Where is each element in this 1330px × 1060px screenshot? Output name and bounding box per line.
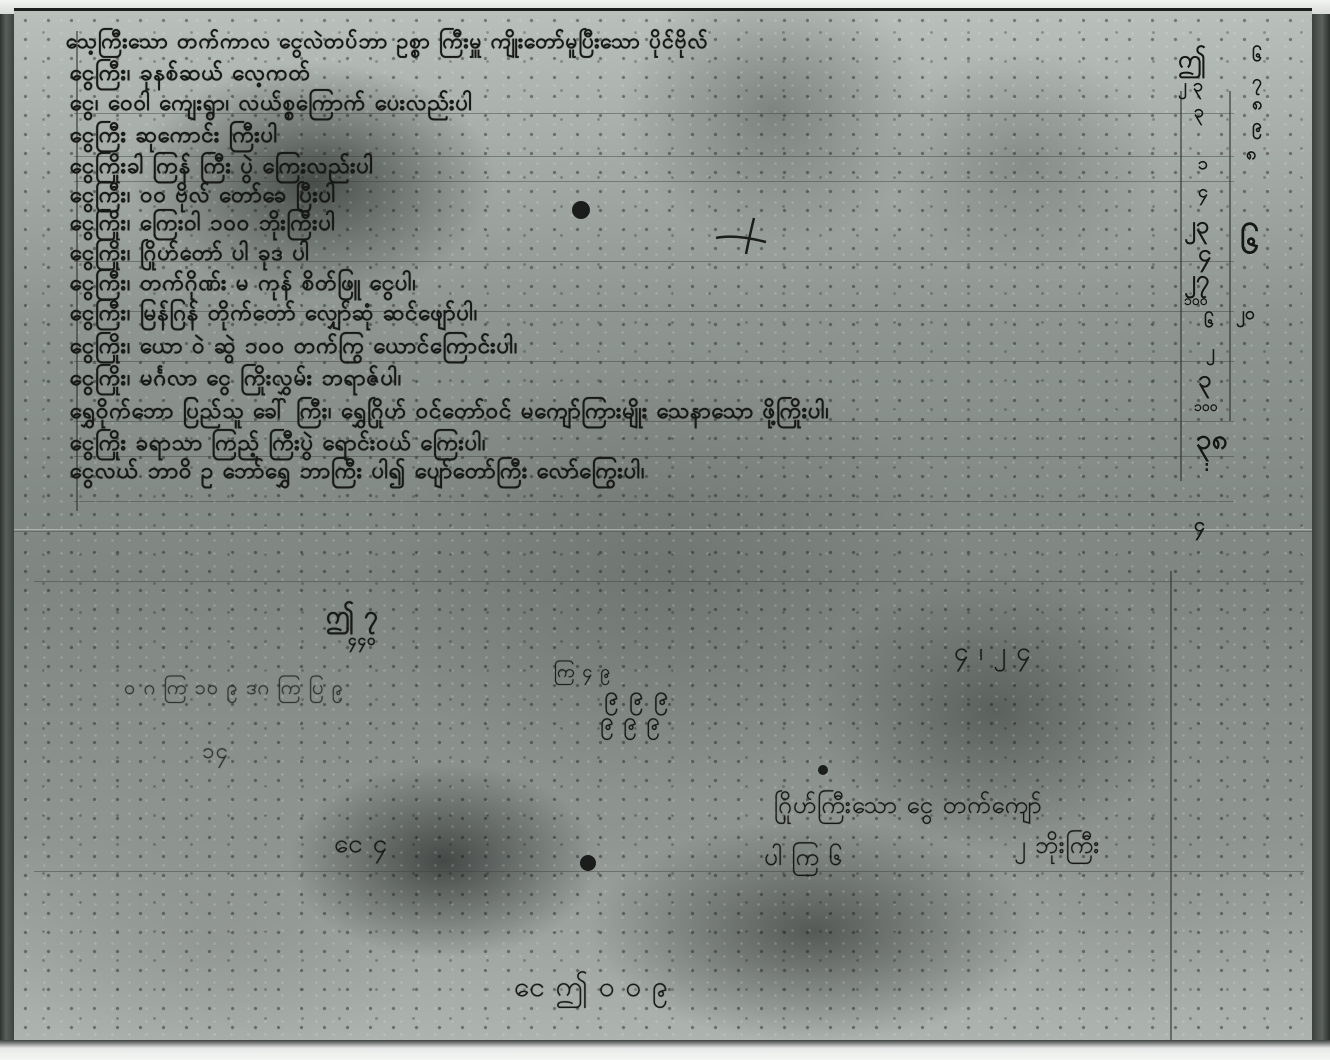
manuscript-line: ငွေကြီး၊ ဝဝ ဗိုလ် တော်ခေ ပြီးပါ [70,185,336,207]
right-column-line [1180,91,1182,481]
margin-numeral: ၄ [1198,179,1208,206]
lower-annotation: ပါ ကြ ၆ [764,845,843,869]
ruled-line [34,871,1304,872]
margin-numeral: ၃ [1194,99,1204,126]
manuscript-line: ငွေကြိုး၊ ယော ဝဲ ဆွဲ ၁၀၀ တက်ကြွ ယောင်ကြေ… [70,336,518,358]
ruled-line [74,361,1234,362]
manuscript-line: ရွှေဝိုက်ဘော ပြည်သူ ခေါ် ကြီး၊ ရွှေဂြိုဟ… [70,401,830,423]
fold-crease [14,529,1312,532]
margin-numeral: ၂၀ [1236,301,1255,328]
lower-annotation: ၄၄၀ [348,633,376,648]
manuscript-line: ငွေ၊ ဝေဝါ ကျေးရွာ၊ လယ်စ္စကြောက် ပေးလည်းပ… [70,93,473,115]
manuscript-line: ငွေကြီး၊ မြန်ဂြန် တိုက်တော် လျှော်ဆုံ ဆင… [70,303,478,325]
margin-numeral: ၈ [1246,141,1256,168]
margin-numeral: ၃၈ [1196,421,1228,463]
margin-numeral: ၆ [1240,219,1259,270]
lower-annotation: ကြ ၄ ၉ [554,663,611,681]
margin-numeral: ၂ [1206,339,1215,366]
margin-numeral: ၁၀၀ [1194,397,1218,418]
ruled-line [34,581,1304,582]
margin-numeral: ၂ ၃ [1178,73,1203,100]
lower-annotation: ငေ ဤ ဝ ဝ ၉ [514,973,669,1001]
margin-numeral: ၄ [1194,511,1205,541]
ruled-line [74,501,1234,502]
bottom-edge-glare [0,1040,1330,1060]
manuscript-line: သေ့ကြီးသော တက်ကာလ ငွေလဲတပ်ဘာ ဥစ္စာ ကြီးမ… [66,31,708,52]
lower-annotation: ၂ ဘိုးကြီး [1014,833,1100,857]
manuscript-line: ငွေကြိုး၊ ကြေးဝါ ၁၀၀ ဘိုးကြီးပါ [70,213,336,235]
manuscript-line: ငွေကြီး၊ ခုနစ်ဆယ် လေ့ကတ် [70,63,311,85]
manuscript-sheet: သေ့ကြီးသော တက်ကာလ ငွေလဲတပ်ဘာ ဥစ္စာ ကြီးမ… [14,8,1312,1043]
lower-annotation: ၄ ၊ ၂ ၄ [954,639,1032,665]
lower-annotation: ငေ ၄ [334,831,388,857]
manuscript-line: ငွေကြီး၊ တက်ဂိုဏ်း မ ကုန် စိတ်ဖြူ ငွေပါ၊ [70,273,417,295]
ink-blot [572,201,590,219]
cross-mark-icon [714,216,774,256]
manuscript-line: ငွေကြိုးခါ ကြန် ကြီး ပွဲ ကြေးလည်းပါ [70,156,374,178]
lower-annotation: ဂြိုဟ်ကြီးသော ငွေ တက်ကျော် [774,793,1043,817]
margin-numeral: ၆ [1252,43,1262,70]
lower-annotation: ၁၄ [202,741,229,763]
faint-annotation: ဝ ဂ ကြ ၁၀ ၉ ဒဂ ကြ ပြ ၉ [124,677,344,697]
ruled-line [74,181,1234,182]
manuscript-line: ငွေကြီး ဆုကောင်း ကြီးပါ [70,125,278,147]
ink-blot [818,765,828,775]
lower-annotation: ဤ ၇ [326,603,379,627]
ink-blot [580,855,596,871]
lower-annotation: ၉ ၉ ၉ [600,709,661,733]
margin-numeral: ၆ [1204,309,1214,336]
manuscript-line: ငွေကြိုး ခရာသာ ကြည့် ကြီးပွဲ ရောင်းဝယ် က… [70,433,487,455]
manuscript-line: ငွေလယ် ဘာဝိ ဥ ဘော်ရွှေ ဘာကြီး ပါ၍ ပျော်တ… [70,461,646,483]
margin-numeral: : [1204,459,1210,475]
margin-numeral: ၉ [1252,113,1262,140]
manuscript-line: ငွေကြိုး၊ မင်္ဂလာ ငွေ ကြိုးလွှမ်း ဘရာဇ်ပ… [70,368,402,390]
margin-numeral: ၁ [1198,151,1208,178]
lower-annotation: ၉ ၉ ၉ [604,683,669,709]
ruled-line [74,456,1234,457]
right-column-line [1229,91,1231,421]
manuscript-line: ငွေကြိုး၊ ဂြိုဟ်တော် ပါ ခုဒ ပါ [70,243,310,265]
lower-right-column-line [1170,571,1172,1041]
margin-numeral: ၃ [1198,363,1212,399]
